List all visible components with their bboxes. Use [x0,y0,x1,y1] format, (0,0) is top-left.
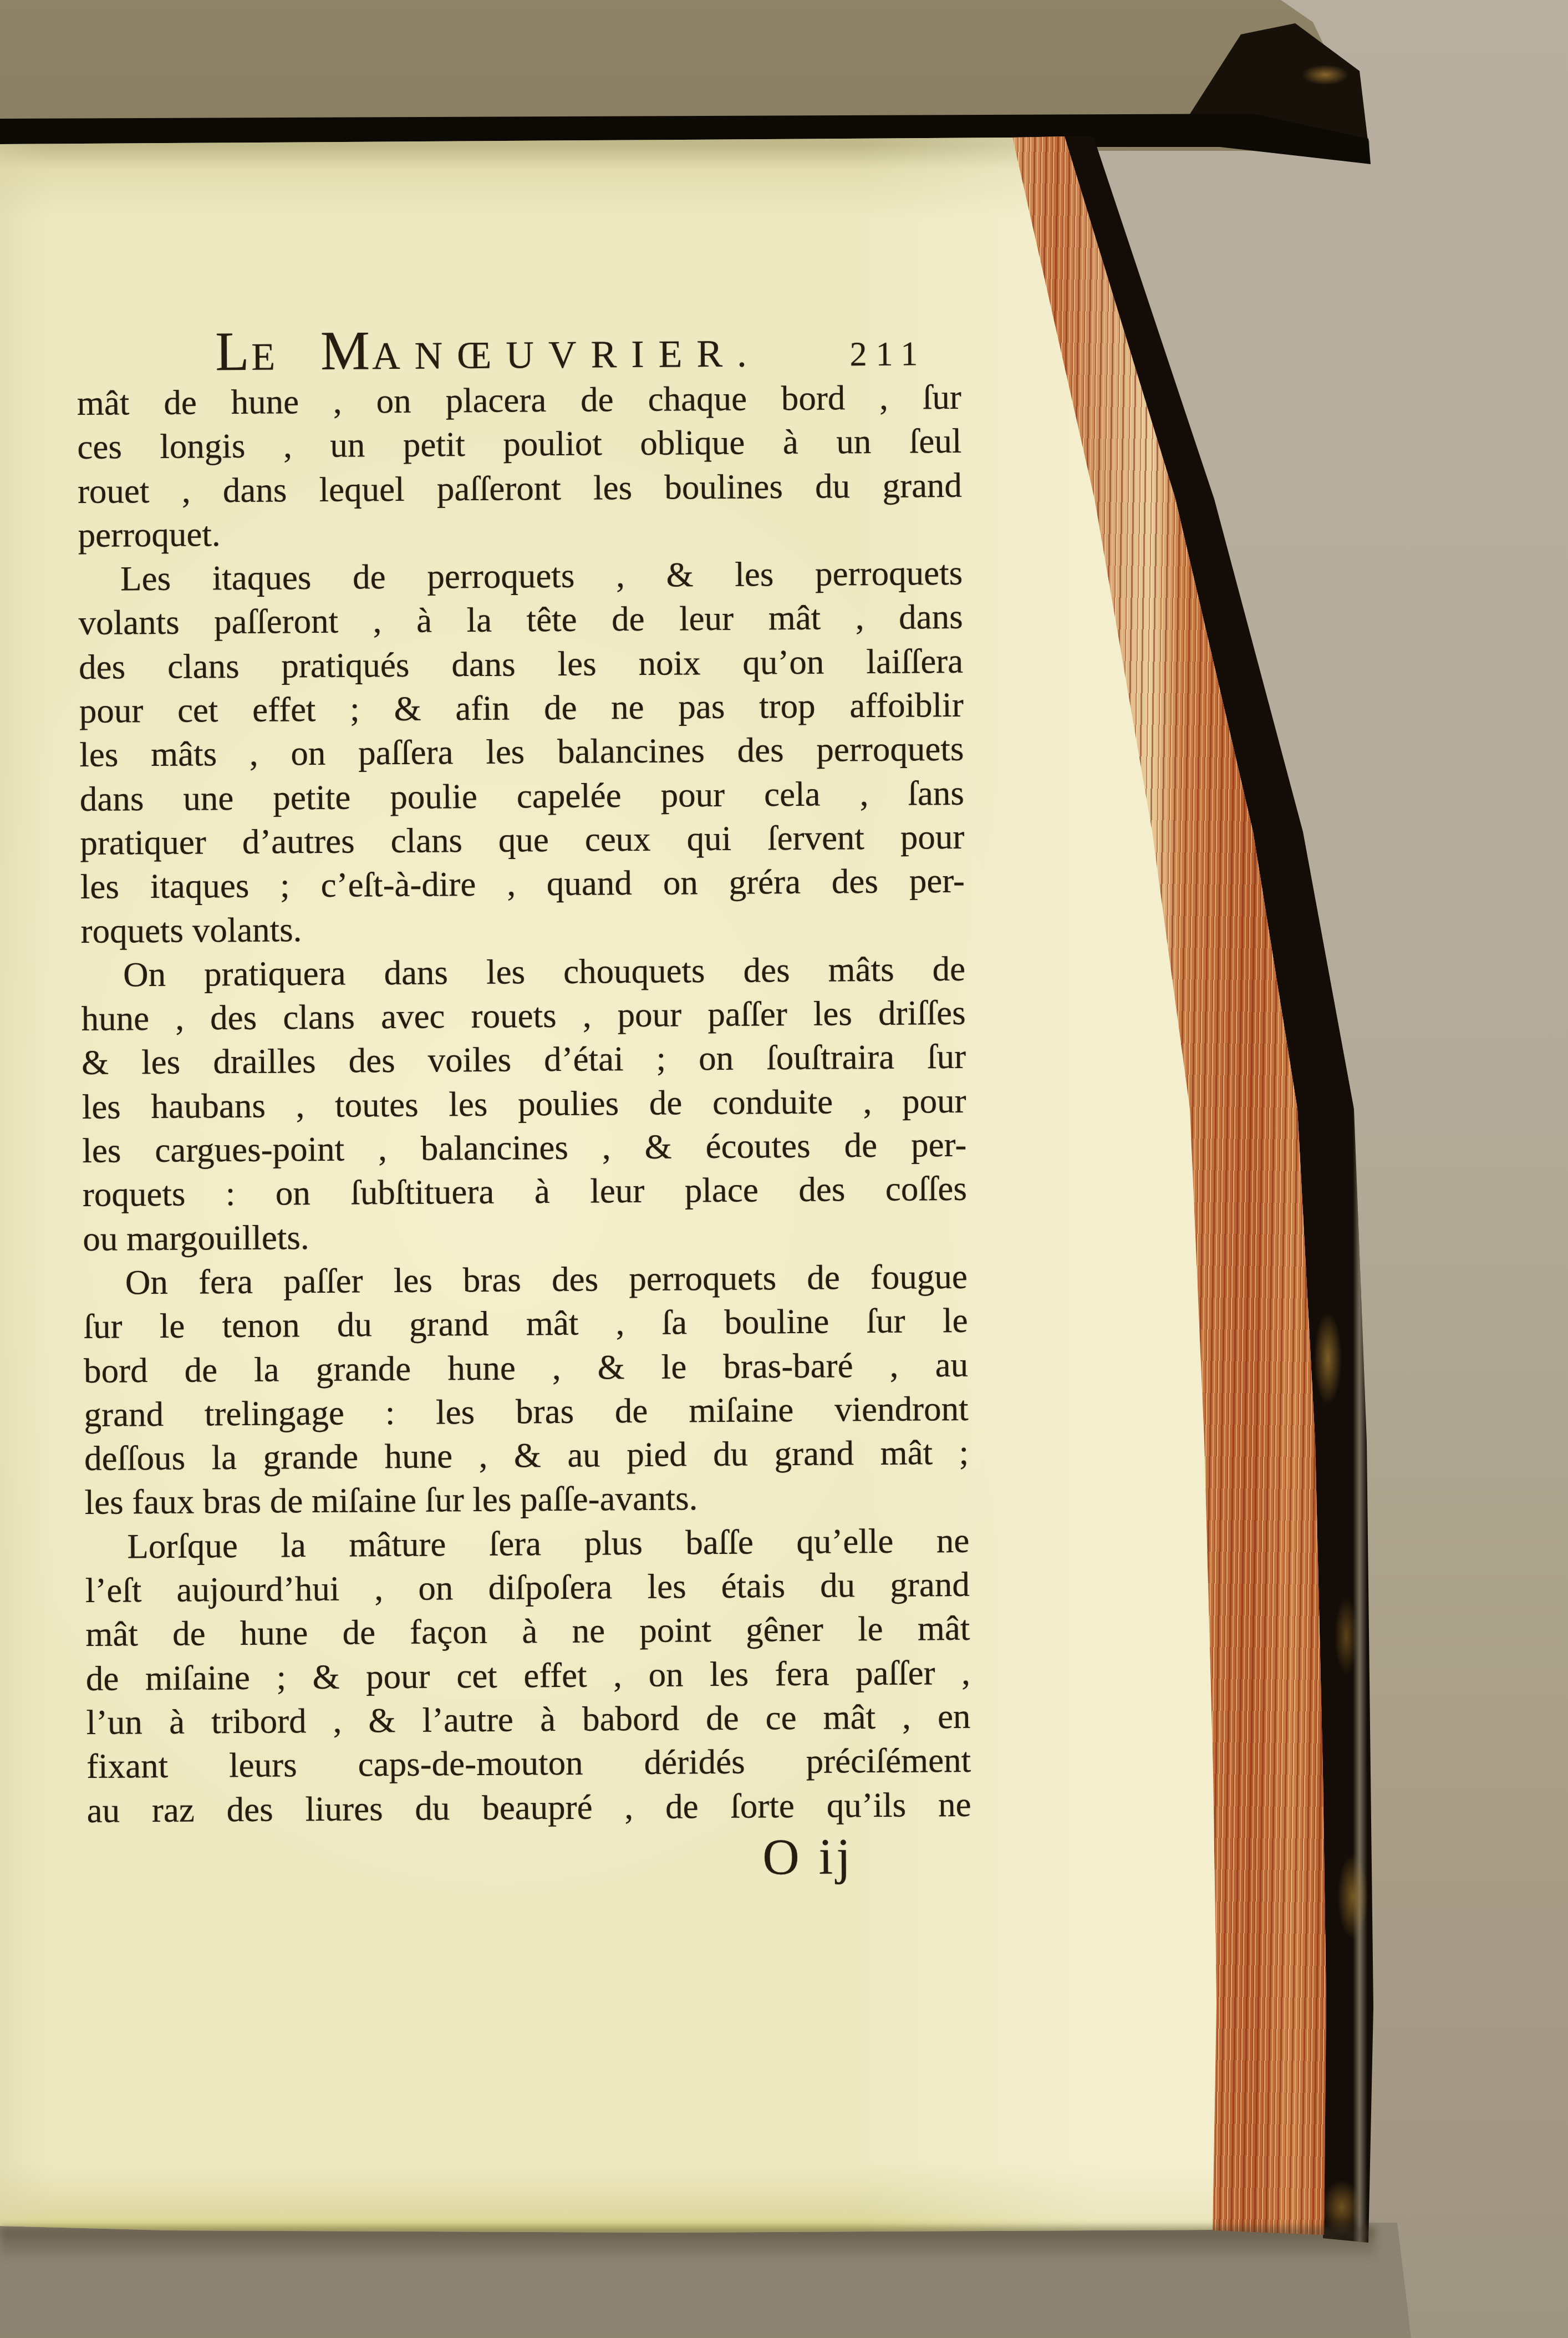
text-line: rouet , dans lequel paſſeront les boulin… [78,463,963,513]
text-block: mât de hune , on placera de chaque bord … [77,375,971,1833]
text-line: dans une petite poulie capelée pour cela… [80,771,965,821]
text-line: les faux bras de miſaine ſur les paſſe-a… [84,1475,969,1524]
text-line: les itaques ; c’eſt-à-dire , quand on gr… [80,859,965,909]
text-line: mât de hune , on placera de chaque bord … [77,375,962,425]
signature-mark: O ij [762,1827,854,1886]
header-title: LEMANŒUVRIER. [215,316,761,383]
text-line: les cargues-point , balancines , & écout… [82,1123,967,1173]
text-line: volants paſſeront , à la tête de leur mâ… [78,595,963,645]
text-line: roquets volants. [80,903,965,953]
text-line: roquets : on ſubſtituera à leur place de… [83,1167,968,1217]
text-line: pratiquer d’autres clans que ceux qui ſe… [80,815,965,865]
text-line: pour cet effet ; & afin de ne pas trop a… [79,683,964,733]
text-line: perroquet. [78,507,963,557]
text-line: bord de la grande hune , & le bras-baré … [84,1343,969,1392]
text-line: Les itaques de perroquets , & les perroq… [78,551,963,601]
text-line: ſur le tenon du grand mât , ſa bouline ſ… [83,1299,968,1349]
header-initial: M [320,319,373,382]
running-header: LEMANŒUVRIER. 211 [77,314,961,384]
text-line: Lorſque la mâture ſera plus baſſe qu’ell… [85,1519,970,1569]
text-line: des clans pratiqués dans les noix qu’on … [79,639,964,689]
text-line: On fera paſſer les bras des perroquets d… [83,1255,968,1305]
text-line: de miſaine ; & pour cet effet , on les f… [86,1650,971,1700]
header-smallcaps: ANŒUVRIER. [372,332,761,378]
text-line: mât de hune de façon à ne point gêner le… [85,1607,970,1656]
text-line: ces longis , un petit pouliot oblique à … [77,419,962,469]
text-line: au raz des liures du beaupré , de ſorte … [86,1782,971,1832]
header-initial: L [215,321,252,382]
header-smallcaps: E [251,336,289,378]
text-line: hune , des clans avec rouets , pour paſſ… [81,991,966,1041]
book-photo: LEMANŒUVRIER. 211 mât de hune , on place… [0,0,1568,2338]
text-line: les mâts , on paſſera les balancines des… [79,727,964,777]
text-line: deſſous la grande hune , & au pied du gr… [84,1431,969,1481]
text-line: On pratiquera dans les chouquets des mât… [81,947,966,997]
text-line: grand trelingage : les bras de miſaine v… [84,1387,969,1437]
text-line: ou margouillets. [83,1211,968,1261]
text-line: l’un à tribord , & l’autre à babord de c… [86,1695,971,1745]
printed-text-layer: LEMANŒUVRIER. 211 mât de hune , on place… [74,0,975,2338]
page-number: 211 [849,334,961,374]
text-line: fixant leurs caps-de-mouton déridés préc… [86,1739,971,1788]
text-line: les haubans , toutes les poulies de cond… [82,1079,966,1129]
text-line: & les drailles des voiles d’étai ; on ſo… [82,1035,966,1085]
text-line: l’eſt aujourd’hui , on diſpoſera les éta… [85,1563,970,1613]
